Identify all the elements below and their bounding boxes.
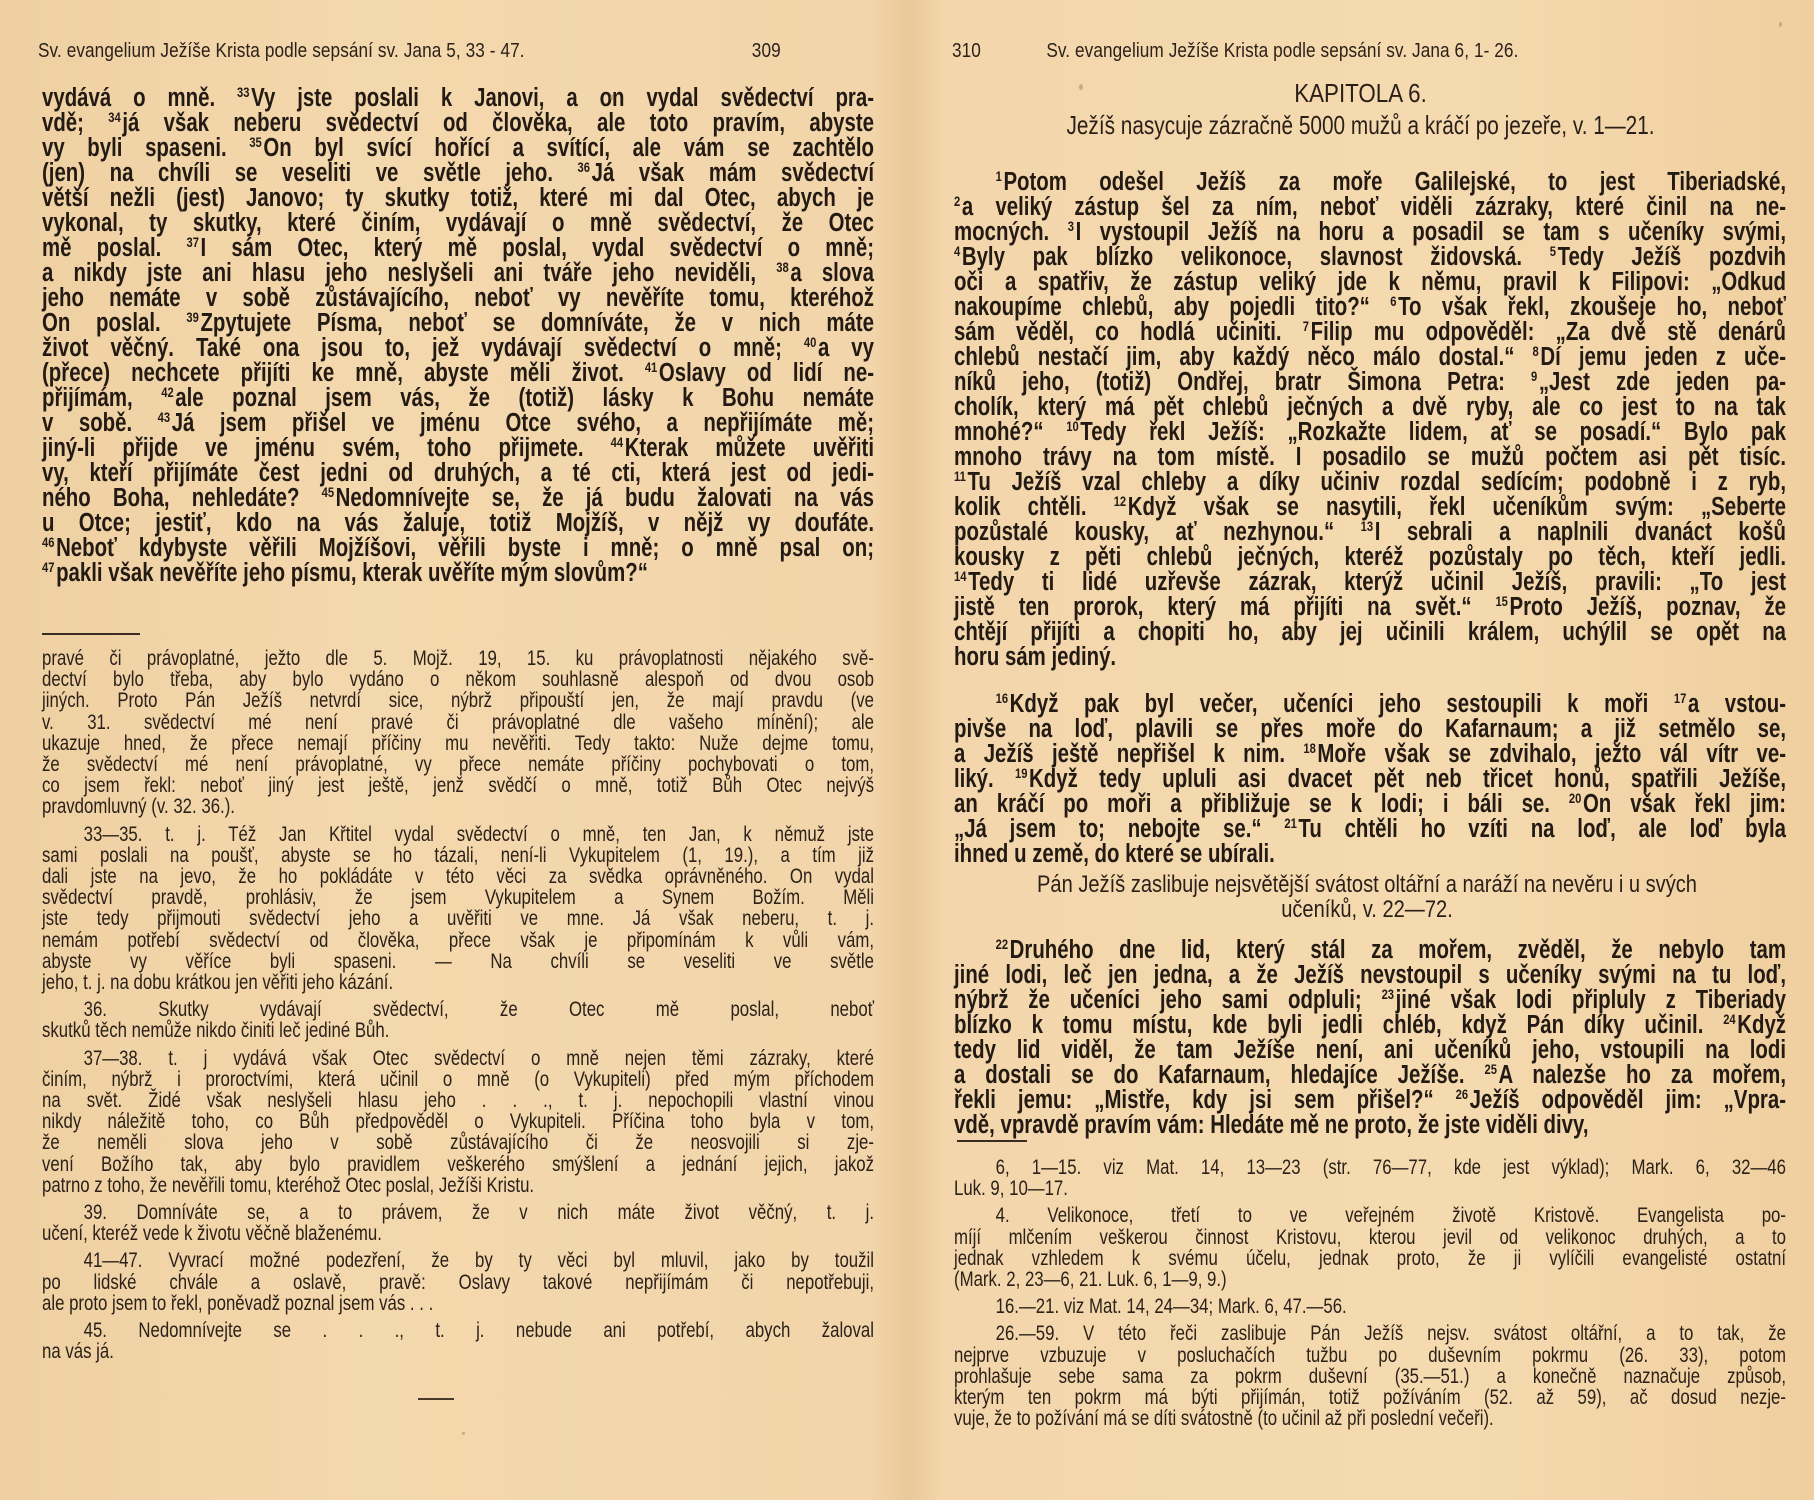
verse-line: kousky z pěti chlebů ječných, kteréž poz… bbox=[954, 545, 1786, 570]
verse-line: liký. 19Když tedy upluli asi dvacet pět … bbox=[954, 767, 1786, 792]
footnote-line: ukazuje hned, že přece nemají příčiny mu… bbox=[42, 733, 874, 754]
footnote-line: svědectví pravdě, prohlásiv, že jsem Vyk… bbox=[42, 887, 874, 908]
footnote-line: jednak vzhledem k svému účelu, jednak pr… bbox=[954, 1248, 1786, 1269]
scripture-text-section2: 22Druhého dne lid, který stál za mořem, … bbox=[954, 938, 1786, 1138]
verse-line: On poslal. 39Zpytujete Písma, neboť se d… bbox=[42, 311, 874, 336]
verse-line: vy, kteří přijímáte čest jedni od druhýc… bbox=[42, 461, 874, 486]
footnote-line: abyste vy věříce byli spaseni. — Na chví… bbox=[42, 951, 874, 972]
page-number: 310 bbox=[952, 40, 1041, 63]
right-page: 310 Sv. evangelium Ježíše Krista podle s… bbox=[907, 0, 1814, 1500]
footnote: pravé či právoplatné, ježto dle 5. Mojž.… bbox=[42, 648, 874, 818]
footnote-line: nejprve vzbuzuje v posluchačích tužbu po… bbox=[954, 1345, 1786, 1366]
footnote-line: (Mark. 2, 23—6, 21. Luk. 6, 1—9, 9.) bbox=[954, 1269, 1786, 1290]
verse-line: vdě; 34já však neberu svědectví od člově… bbox=[42, 111, 874, 136]
verse-line: pivše na loď, plavili se přes moře do Ka… bbox=[954, 717, 1786, 742]
running-head-title: Sv. evangelium Ježíše Krista podle sepsá… bbox=[1046, 40, 1518, 62]
footnote-line: míjí mlčením veškerou činnost Kristovu, … bbox=[954, 1227, 1786, 1248]
footnote-line: patrno z toho, že nevěřili tomu, kterého… bbox=[42, 1175, 874, 1196]
verse-line: a Ježíš ještě nepřišel k nim. 18Moře vša… bbox=[954, 742, 1786, 767]
footnote-line: 39. Domníváte se, a to právem, že v nich… bbox=[42, 1202, 874, 1223]
chapter-title: KAPITOLA 6. bbox=[970, 78, 1750, 109]
footnote-line: na vás já. bbox=[42, 1341, 874, 1362]
verse-line: nýbrž že učeníci jeho sami odpluli; 23ji… bbox=[954, 988, 1786, 1013]
scripture-text-left: vydává o mně. 33Vy jste poslali k Janovi… bbox=[42, 86, 874, 586]
footnote: 41—47. Vyvrací možné podezření, že by ty… bbox=[42, 1250, 874, 1314]
verse-line: jeho nemáte v sobě zůstávajícího, neboť … bbox=[42, 286, 874, 311]
footnote-line: dali jste na jevo, že ho pokládáte v tét… bbox=[42, 866, 874, 887]
verse-line: an kráčí po moři a přibližuje se k lodi;… bbox=[954, 792, 1786, 817]
footnote-line: 26.—59. V této řeči zaslibuje Pán Ježíš … bbox=[954, 1323, 1786, 1344]
footnote-divider bbox=[42, 633, 140, 635]
footnote-line: sami poslali na poušť, abyste se ho táza… bbox=[42, 845, 874, 866]
footnote-line: nikdy náležitě toho, co Bůh předpověděl … bbox=[42, 1111, 874, 1132]
footnote-line: pravdomluvný (v. 32. 36.). bbox=[42, 796, 874, 817]
verse-line: „Já jsem to; nebojte se.“ 21Tu chtěli ho… bbox=[954, 817, 1786, 842]
verse-line: blízko k tomu místu, kde byli jedli chlé… bbox=[954, 1013, 1786, 1038]
verse-line: vy byli spaseni. 35On byl svící hořící a… bbox=[42, 136, 874, 161]
footnote-line: že svědectví mé není právoplatné, vy pře… bbox=[42, 754, 874, 775]
footnote-line: Luk. 9, 10—17. bbox=[954, 1178, 1786, 1199]
verse-line: větší nežli (jest) Janovo; ty skutky tot… bbox=[42, 186, 874, 211]
verse-line: 47pakli však nevěříte jeho písmu, kterak… bbox=[42, 561, 874, 586]
end-of-text-rule bbox=[418, 1398, 454, 1400]
footnote: 16.—21. viz Mat. 14, 24—34; Mark. 6, 47.… bbox=[954, 1296, 1786, 1317]
footnote-line: co jsem řekl: neboť jiný jest ještě, jen… bbox=[42, 775, 874, 796]
footnote-line: 36. Skutky vydávají svědectví, že Otec m… bbox=[42, 999, 874, 1020]
verse-line: cholík, který má pět chlebů ječných a dv… bbox=[954, 395, 1786, 420]
footnote-line: 6, 1—15. viz Mat. 14, 13—23 (str. 76—77,… bbox=[954, 1157, 1786, 1178]
verse-line: mě poslal. 37I sám Otec, který mě poslal… bbox=[42, 236, 874, 261]
footnote: 33—35. t. j. Též Jan Křtitel vydal svěde… bbox=[42, 824, 874, 994]
footnote-line: nemám potřebí svědectví od člověka, přec… bbox=[42, 930, 874, 951]
footnote-line: vení Božího tak, aby bylo pravidlem vešk… bbox=[42, 1154, 874, 1175]
verse-line: 4Byly pak blízko velikonoce, slavnost ži… bbox=[954, 245, 1786, 270]
footnote-divider bbox=[957, 1140, 1027, 1142]
footnote-line: 37—38. t. j vydává však Otec svědectví o… bbox=[42, 1048, 874, 1069]
verse-line: řekli jemu: „Mistře, kdy jsi sem přišel?… bbox=[954, 1088, 1786, 1113]
footnote: 45. Nedomnívejte se . . ., t. j. nebude … bbox=[42, 1320, 874, 1362]
verse-line: ihned u země, do které se ubírali. bbox=[954, 842, 1786, 867]
verse-line: a dostali se do Kafarnaum, hledajíce Jež… bbox=[954, 1063, 1786, 1088]
verse-line: mnoho trávy na tom místě. I posadilo se … bbox=[954, 445, 1786, 470]
footnote-line: 16.—21. viz Mat. 14, 24—34; Mark. 6, 47.… bbox=[954, 1296, 1786, 1317]
footnote-line: pravé či právoplatné, ježto dle 5. Mojž.… bbox=[42, 648, 874, 669]
footnote-line: prohlašuje sebe sama za pokrm duševní (3… bbox=[954, 1366, 1786, 1387]
verse-line: jiný-li přijde ve jménu svém, toho přijm… bbox=[42, 436, 874, 461]
footnote-line: ale proto jsem to řekl, poněvadž poznal … bbox=[42, 1293, 874, 1314]
verse-line: 14Tedy ti lidé uzřevše zázrak, kterýž uč… bbox=[954, 570, 1786, 595]
running-head-title: Sv. evangelium Ježíše Krista podle sepsá… bbox=[38, 40, 525, 63]
verse-line: (jen) na chvíli se veseliti ve světle je… bbox=[42, 161, 874, 186]
verse-line: nakoupíme chlebů, aby pojedli tito?“ 6To… bbox=[954, 295, 1786, 320]
verse-line: 11Tu Ježíš vzal chleby a díky učiniv roz… bbox=[954, 470, 1786, 495]
footnote-line: učení, kteréž vede k životu věčně blažen… bbox=[42, 1223, 874, 1244]
verse-line: horu sám jediný. bbox=[954, 645, 1786, 670]
verse-line: přijímám, 42ale poznal jsem vás, že (tot… bbox=[42, 386, 874, 411]
running-head-left: Sv. evangelium Ježíše Krista podle sepsá… bbox=[38, 40, 864, 63]
scripture-text-section1: 1Potom odešel Ježíš za moře Galilejské, … bbox=[954, 170, 1786, 670]
footnote-line: 45. Nedomnívejte se . . ., t. j. nebude … bbox=[42, 1320, 874, 1341]
running-head-right: 310 Sv. evangelium Ježíše Krista podle s… bbox=[952, 40, 1812, 63]
footnote-line: kterým ten pokrm má býti přijímán, totiž… bbox=[954, 1387, 1786, 1408]
verse-line: vydává o mně. 33Vy jste poslali k Janovi… bbox=[42, 86, 874, 111]
footnote-line: dectví bylo třeba, aby bylo vydáno o něk… bbox=[42, 669, 874, 690]
footnote: 36. Skutky vydávají svědectví, že Otec m… bbox=[42, 999, 874, 1041]
verse-line: mocných. 3I vystoupil Ježíš na horu a po… bbox=[954, 220, 1786, 245]
footnote: 26.—59. V této řeči zaslibuje Pán Ježíš … bbox=[954, 1323, 1786, 1429]
footnote-line: 33—35. t. j. Též Jan Křtitel vydal svěde… bbox=[42, 824, 874, 845]
verse-line: 22Druhého dne lid, který stál za mořem, … bbox=[954, 938, 1786, 963]
verse-line: 46Neboť kdybyste věřili Mojžíšovi, věřil… bbox=[42, 536, 874, 561]
commentary-notes-right: 6, 1—15. viz Mat. 14, 13—23 (str. 76—77,… bbox=[954, 1157, 1786, 1429]
section-title: Ježíš nasycuje zázračně 5000 mužů a kráč… bbox=[998, 110, 1724, 141]
verse-line: níků jeho, (totiž) Ondřej, bratr Šimona … bbox=[954, 370, 1786, 395]
left-page: Sv. evangelium Ježíše Krista podle sepsá… bbox=[0, 0, 907, 1500]
footnote: 37—38. t. j vydává však Otec svědectví o… bbox=[42, 1048, 874, 1196]
verse-line: život věčný. Také ona jsou to, jež vydáv… bbox=[42, 336, 874, 361]
scripture-text-section1b: 16Když pak byl večer, učeníci jeho sesto… bbox=[954, 692, 1786, 867]
footnote: 39. Domníváte se, a to právem, že v nich… bbox=[42, 1202, 874, 1244]
footnote-line: jeho, t. j. na dobu krátkou jen věřiti j… bbox=[42, 972, 874, 993]
verse-line: jiné lodi, leč jen jedna, a že Ježíš nev… bbox=[954, 963, 1786, 988]
footnote-line: že neměli slova jeho v sobě zůstávajícíh… bbox=[42, 1132, 874, 1153]
footnote-line: jste tedy přijmouti svědectví jeho a uvě… bbox=[42, 908, 874, 929]
verse-line: ného Boha, nehledáte? 45Nedomnívejte se,… bbox=[42, 486, 874, 511]
verse-line: 16Když pak byl večer, učeníci jeho sesto… bbox=[954, 692, 1786, 717]
book-spread: Sv. evangelium Ježíše Krista podle sepsá… bbox=[0, 0, 1814, 1500]
footnote: 4. Velikonoce, třetí to ve veřejném živo… bbox=[954, 1205, 1786, 1290]
footnote-line: na svět. Židé však neslyšeli hlasu jeho … bbox=[42, 1090, 874, 1111]
verse-line: u Otce; jestiť, kdo na vás žaluje, totiž… bbox=[42, 511, 874, 536]
verse-line: tedy lid viděl, že tam Ježíše není, ani … bbox=[954, 1038, 1786, 1063]
footnote-line: skutků těch nemůže nikdo činiti leč jedi… bbox=[42, 1020, 874, 1041]
verse-line: 1Potom odešel Ježíš za moře Galilejské, … bbox=[954, 170, 1786, 195]
verse-line: chlebů nestačí jim, aby každý něco málo … bbox=[954, 345, 1786, 370]
section-title-line: Pán Ježíš zaslibuje nejsvětější svátost … bbox=[1006, 872, 1728, 897]
footnote-line: vuje, že to požívání má se díti svátostn… bbox=[954, 1408, 1786, 1429]
verse-line: (přece) nechcete přijíti ke mně, abyste … bbox=[42, 361, 874, 386]
verse-line: sám věděl, co hodlá učiniti. 7Filip mu o… bbox=[954, 320, 1786, 345]
footnote-line: 41—47. Vyvrací možné podezření, že by ty… bbox=[42, 1250, 874, 1271]
verse-line: pozůstalé kousky, ať nezhynou.“ 13I sebr… bbox=[954, 520, 1786, 545]
section-title-line: učeníků, v. 22—72. bbox=[1006, 897, 1728, 922]
verse-line: chtějí přijíti a chopiti ho, aby jej uči… bbox=[954, 620, 1786, 645]
verse-line: a nikdy jste ani hlasu jeho neslyšeli an… bbox=[42, 261, 874, 286]
verse-line: vykonal, ty skutky, které činím, vydávaj… bbox=[42, 211, 874, 236]
verse-line: oči a spatřiv, že zástup veliký jde k ně… bbox=[954, 270, 1786, 295]
footnote-line: po lidské chvále a oslavě, pravě: Oslavy… bbox=[42, 1272, 874, 1293]
page-number: 309 bbox=[752, 40, 781, 63]
commentary-notes-left: pravé či právoplatné, ježto dle 5. Mojž.… bbox=[42, 648, 874, 1363]
section-title-2: Pán Ježíš zaslibuje nejsvětější svátost … bbox=[1006, 872, 1728, 922]
verse-line: v sobě. 43Já jsem přišel ve jménu Otce s… bbox=[42, 411, 874, 436]
footnote-line: 4. Velikonoce, třetí to ve veřejném živo… bbox=[954, 1205, 1786, 1226]
footnote-line: činím, nýbrž i proroctvími, která učinil… bbox=[42, 1069, 874, 1090]
verse-line: mnohé?“ 10Tedy řekl Ježíš: „Rozkažte lid… bbox=[954, 420, 1786, 445]
footnote: 6, 1—15. viz Mat. 14, 13—23 (str. 76—77,… bbox=[954, 1157, 1786, 1199]
verse-line: vdě, vpravdě pravím vám: Hledáte mě ne p… bbox=[954, 1113, 1786, 1138]
verse-line: kolik chtěli. 12Když však se nasytili, ř… bbox=[954, 495, 1786, 520]
footnote-line: jiných. Proto Pán Ježíš netvrdí sice, ný… bbox=[42, 690, 874, 711]
footnote-line: v. 31. svědectví mé není pravé či právop… bbox=[42, 712, 874, 733]
verse-line: jistě ten prorok, který má přijíti na sv… bbox=[954, 595, 1786, 620]
verse-line: 2a veliký zástup šel za ním, neboť viděl… bbox=[954, 195, 1786, 220]
